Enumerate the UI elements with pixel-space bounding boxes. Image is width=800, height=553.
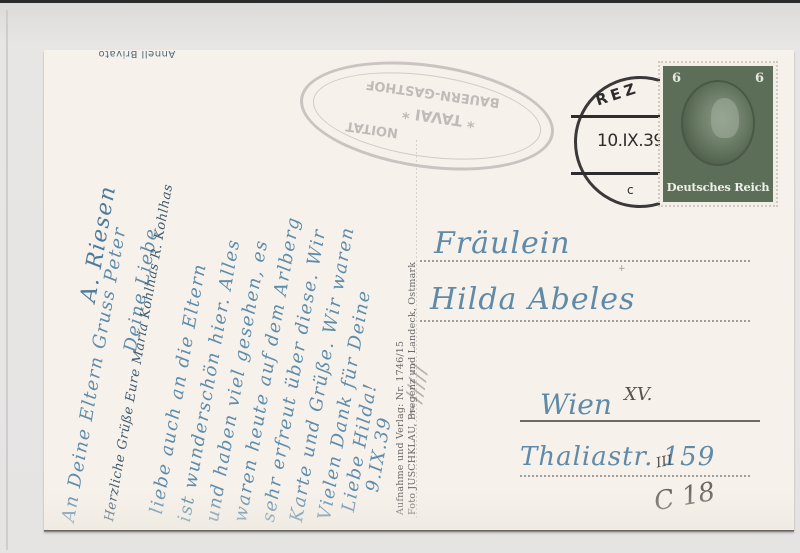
address-line xyxy=(520,475,750,477)
publisher-line-2: Foto JUSCHKLAU, Bregenz und Landeck, Ost… xyxy=(407,262,418,515)
pencil-note: C 18 xyxy=(652,477,718,517)
registration-mark: + xyxy=(618,264,626,274)
stamp-value-left: 6 xyxy=(672,71,681,86)
postmark-date: 10.IX.39 xyxy=(597,131,664,151)
stamp-value-right: 6 xyxy=(755,71,764,86)
address-street: Thaliastr. 159 xyxy=(520,442,715,472)
postcard: Annell Brivato 9.IX.39 Liebe Hilda! Viel… xyxy=(44,50,794,531)
address-door: III xyxy=(655,452,675,471)
address-city: Wien xyxy=(540,388,612,421)
publisher-imprint: Aufnahme und Verlag: Nr. 1746/15 Foto JU… xyxy=(385,140,445,520)
address-line xyxy=(420,320,750,322)
address-district: XV. xyxy=(624,384,652,405)
postage-stamp: 6 6 Deutsches Reich xyxy=(663,66,773,202)
postmark-town: REZ xyxy=(593,79,641,110)
stamp-country: Deutsches Reich xyxy=(663,180,773,194)
address-salutation: Fräulein xyxy=(434,226,571,261)
postmark-code: c xyxy=(627,183,634,197)
publisher-line-1: Aufnahme und Verlag: Nr. 1746/15 xyxy=(395,341,406,515)
address-name: Hilda Abeles xyxy=(430,282,635,317)
portrait-icon xyxy=(681,80,755,166)
